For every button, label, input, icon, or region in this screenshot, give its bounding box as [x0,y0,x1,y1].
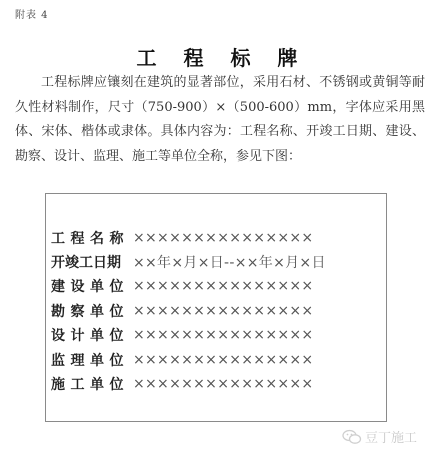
appendix-label: 附表 4 [15,6,49,21]
sign-value: ××××××××××××××× [133,327,313,343]
sign-value: ××××××××××××××× [133,376,313,392]
sign-row-construction: 施工单位 ××××××××××××××× [51,373,313,395]
sign-example-box: 工程名称 ××××××××××××××× 开竣工日期 ××年×月×日--××年×… [45,193,387,422]
sign-label: 设计单位 [51,325,133,345]
sign-value: ××××××××××××××× [133,352,313,368]
sign-value: ××××××××××××××× [133,230,313,246]
sign-value: ××××××××××××××× [133,278,313,294]
sign-label: 勘察单位 [51,301,133,321]
sign-label: 建设单位 [51,276,133,296]
sign-label: 工程名称 [51,228,133,248]
page-title: 工 程 标 牌 [0,42,434,71]
sign-value: ××年×月×日--××年×月×日 [133,252,326,272]
watermark-text: 豆丁施工 [365,427,417,446]
sign-row-survey: 勘察单位 ××××××××××××××× [51,300,313,322]
sign-label: 监理单位 [51,350,133,370]
sign-label: 开竣工日期 [51,252,133,272]
description-paragraph: 工程标牌应镶刻在建筑的显著部位，采用石材、不锈钢或黄铜等耐久性材料制作，尺寸（7… [15,71,425,169]
sign-row-project-name: 工程名称 ××××××××××××××× [51,227,313,249]
wechat-icon [342,429,362,445]
sign-row-design: 设计单位 ××××××××××××××× [51,324,313,346]
sign-row-supervision: 监理单位 ××××××××××××××× [51,349,313,371]
sign-label: 施工单位 [51,374,133,394]
sign-value: ××××××××××××××× [133,303,313,319]
watermark: 豆丁施工 [342,427,417,446]
sign-row-dates: 开竣工日期 ××年×月×日--××年×月×日 [51,251,326,273]
sign-row-client: 建设单位 ××××××××××××××× [51,275,313,297]
description-text: 工程标牌应镶刻在建筑的显著部位，采用石材、不锈钢或黄铜等耐久性材料制作，尺寸（7… [15,71,425,169]
